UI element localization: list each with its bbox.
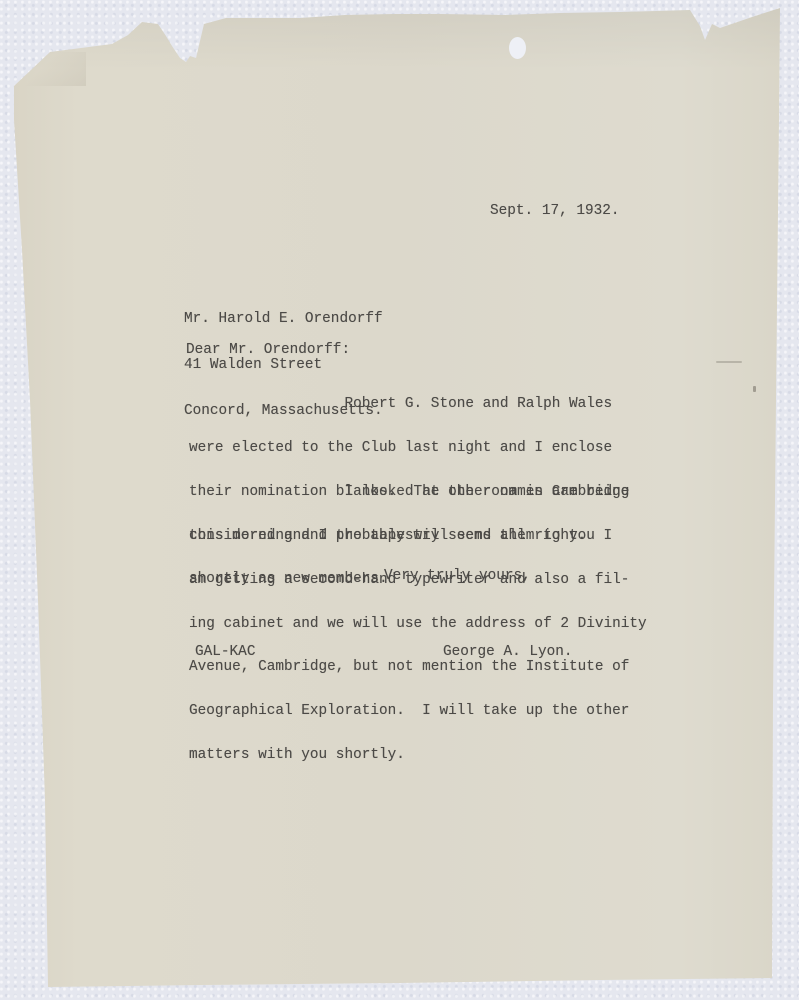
ink-mark	[716, 361, 742, 363]
punch-hole	[509, 37, 526, 59]
paragraph-line: ing cabinet and we will use the address …	[189, 617, 647, 632]
folded-corner	[14, 52, 86, 86]
recipient-name: Mr. Harold E. Orendorff	[184, 312, 383, 327]
paragraph-line: Geographical Exploration. I will take up…	[189, 704, 647, 719]
ink-mark	[753, 386, 756, 392]
paragraph-line: Robert G. Stone and Ralph Wales	[189, 397, 629, 412]
body-paragraph-2: I looked at the room in Cambridge this m…	[189, 456, 647, 777]
paragraph-line: were elected to the Club last night and …	[189, 441, 629, 456]
paragraph-line: I looked at the room in Cambridge	[189, 485, 647, 500]
paragraph-line: matters with you shortly.	[189, 748, 647, 763]
closing: Very truly yours,	[384, 569, 531, 584]
typist-initials: GAL-KAC	[195, 645, 255, 660]
letter-date: Sept. 17, 1932.	[490, 204, 620, 219]
salutation: Dear Mr. Orendorff:	[186, 343, 350, 358]
signature-name: George A. Lyon.	[443, 645, 573, 660]
paragraph-line: this morning and the tapestry seems all …	[189, 529, 647, 544]
paragraph-line: Avenue, Cambridge, but not mention the I…	[189, 660, 647, 675]
